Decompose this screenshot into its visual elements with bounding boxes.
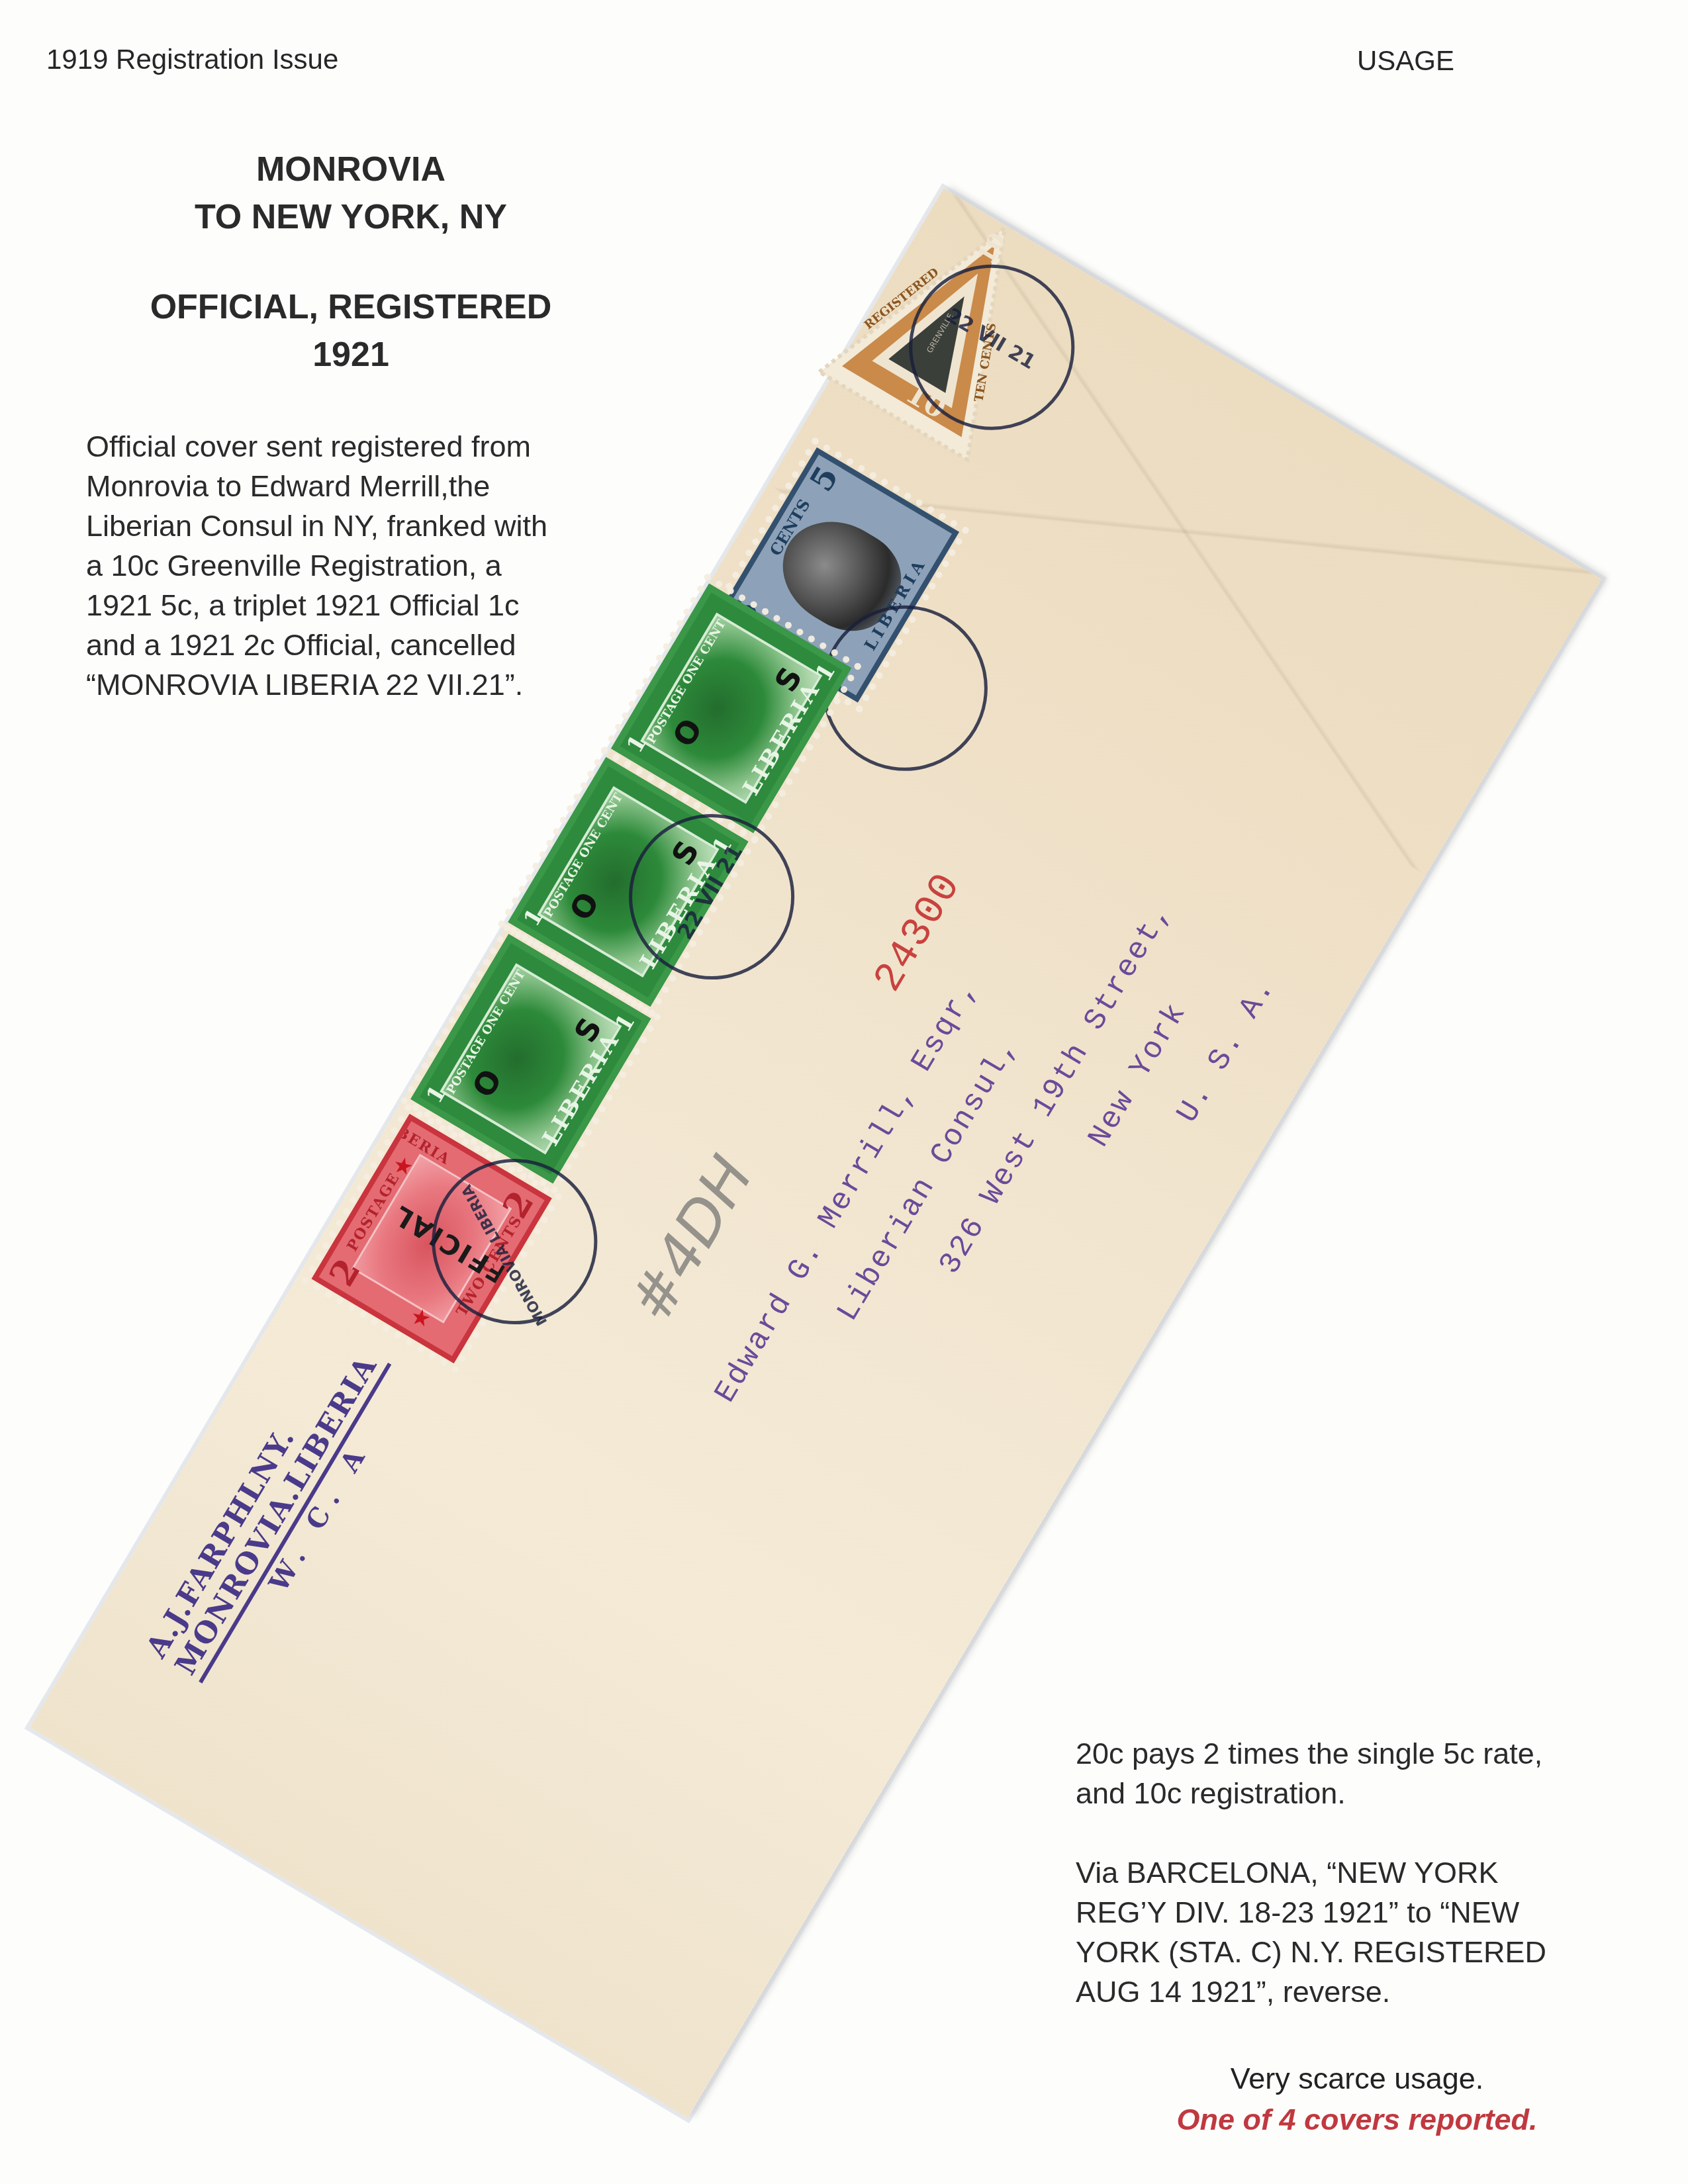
cover-description: Official cover sent registered from Monr… xyxy=(86,427,669,705)
page-header-section: USAGE xyxy=(1357,45,1454,77)
rarity-line: Very scarce usage. xyxy=(1086,2058,1628,2099)
recipient-address: Edward G. Merrill, Esqr, Liberian Consul… xyxy=(696,966,1217,1546)
description-line: Official cover sent registered from xyxy=(86,427,669,467)
note-line: REG’Y DIV. 18-23 1921” to “NEW xyxy=(1076,1893,1671,1933)
description-line: 1921 5c, a triplet 1921 Official 1c xyxy=(86,586,669,625)
stamp-value: 5 xyxy=(803,460,846,498)
note-line: AUG 14 1921”, reverse. xyxy=(1076,1972,1671,2012)
note-line: Via BARCELONA, “NEW YORK xyxy=(1076,1853,1671,1893)
page-header-issue: 1919 Registration Issue xyxy=(46,44,338,75)
sender-cachet: A.J.FARPHLNY. MONROVIA.LIBERIA W. C. A xyxy=(140,1328,418,1700)
rarity-highlight: One of 4 covers reported. xyxy=(1086,2099,1628,2140)
page-title: MONROVIA TO NEW YORK, NY OFFICIAL, REGIS… xyxy=(86,146,616,379)
title-line-3: OFFICIAL, REGISTERED xyxy=(86,283,616,331)
title-line-1: MONROVIA xyxy=(86,146,616,193)
description-line: “MONROVIA LIBERIA 22 VII.21”. xyxy=(86,665,669,705)
title-line-4: 1921 xyxy=(86,331,616,379)
rarity-note: Very scarce usage. One of 4 covers repor… xyxy=(1086,2058,1628,2140)
postage-rate-note: 20c pays 2 times the single 5c rate, and… xyxy=(1076,1734,1671,2012)
title-line-2: TO NEW YORK, NY xyxy=(86,193,616,241)
stamp-country-text: REPUBLIC LIBERIA xyxy=(312,1114,454,1169)
description-line: a 10c Greenville Registration, a xyxy=(86,546,669,586)
note-line: YORK (STA. C) N.Y. REGISTERED xyxy=(1076,1933,1671,1972)
cachet-line: MONROVIA.LIBERIA xyxy=(169,1345,392,1684)
description-line: Liberian Consul in NY, franked with xyxy=(86,506,669,546)
note-line: 20c pays 2 times the single 5c rate, xyxy=(1076,1734,1671,1774)
description-line: and a 1921 2c Official, cancelled xyxy=(86,625,669,665)
note-line: and 10c registration. xyxy=(1076,1774,1671,1813)
description-line: Monrovia to Edward Merrill,the xyxy=(86,467,669,506)
